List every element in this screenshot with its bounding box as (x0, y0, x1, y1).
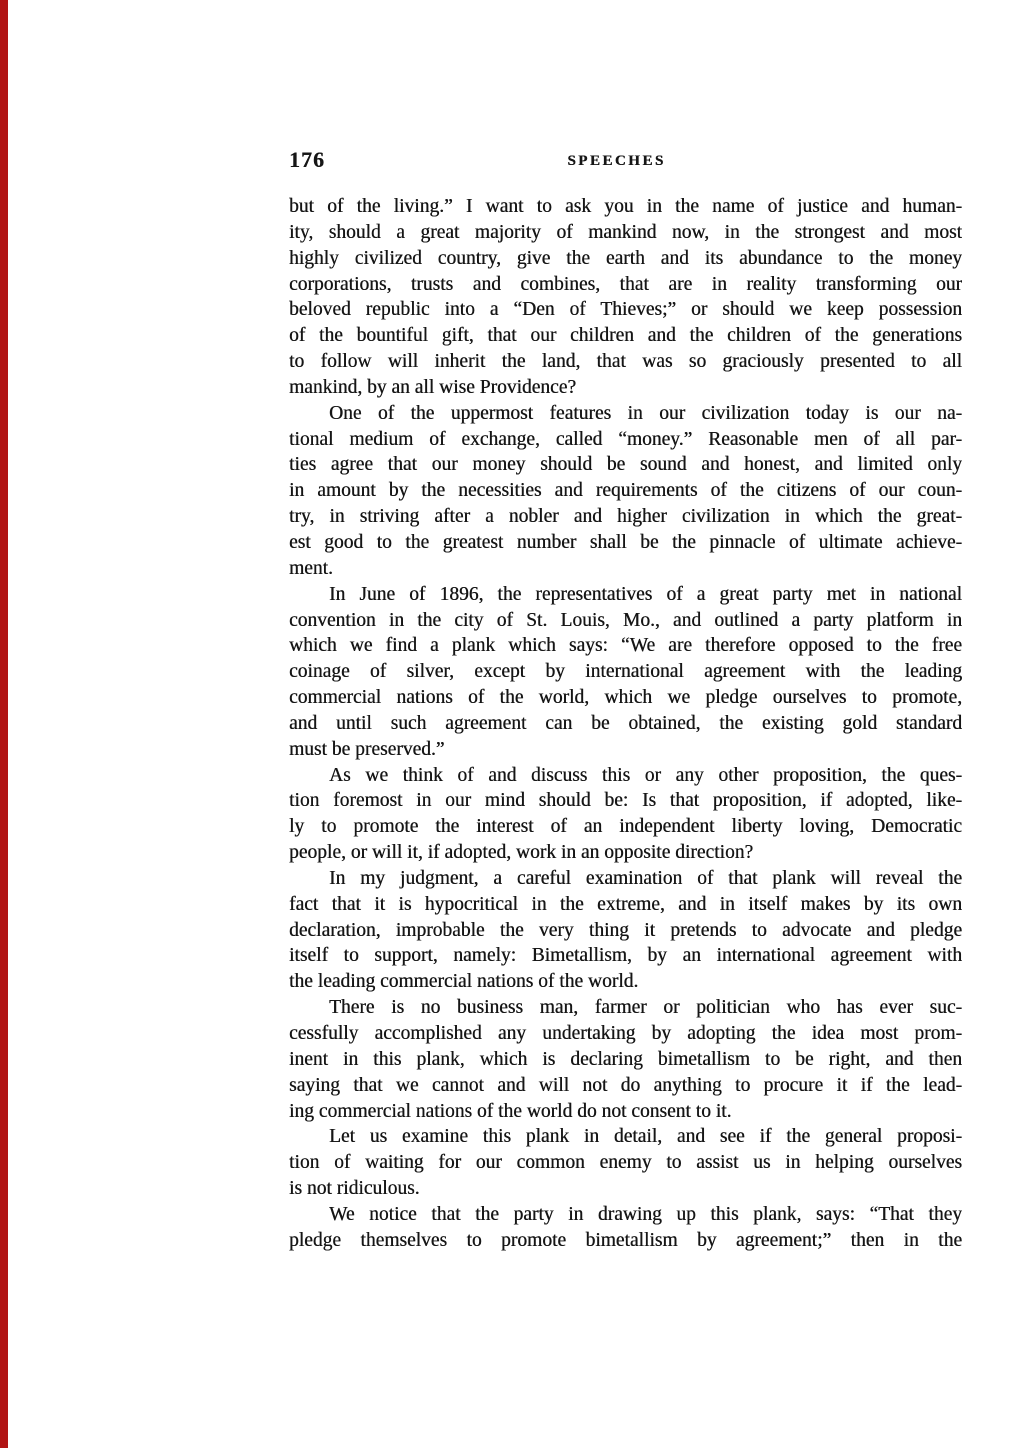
text-line: commercial nations of the world, which w… (289, 685, 962, 711)
text-line: itself to support, namely: Bimetallism, … (289, 943, 962, 969)
paragraph: Let us examine this plank in detail, and… (289, 1124, 962, 1202)
text-line: saying that we cannot and will not do an… (289, 1073, 962, 1099)
text-line: ing commercial nations of the world do n… (289, 1099, 962, 1125)
paragraph: but of the living.” I want to ask you in… (289, 194, 962, 401)
scanned-book-page: 176 SPEECHES but of the living.” I want … (0, 0, 1012, 1448)
text-line: mankind, by an all wise Providence? (289, 375, 962, 401)
page-body-text: but of the living.” I want to ask you in… (289, 194, 962, 1254)
paragraph: As we think of and discuss this or any o… (289, 763, 962, 866)
paragraph: In my judgment, a careful examination of… (289, 866, 962, 995)
text-line: inent in this plank, which is declaring … (289, 1047, 962, 1073)
text-line: people, or will it, if adopted, work in … (289, 840, 962, 866)
text-line: Let us examine this plank in detail, and… (289, 1124, 962, 1150)
text-line: tion foremost in our mind should be: Is … (289, 788, 962, 814)
text-line: declaration, improbable the very thing i… (289, 918, 962, 944)
text-line: cessfully accomplished any undertaking b… (289, 1021, 962, 1047)
text-line: must be preserved.” (289, 737, 962, 763)
text-line: beloved republic into a “Den of Thieves;… (289, 297, 962, 323)
text-line: There is no business man, farmer or poli… (289, 995, 962, 1021)
text-line: tion of waiting for our common enemy to … (289, 1150, 962, 1176)
text-line: coinage of silver, except by internation… (289, 659, 962, 685)
text-line: try, in striving after a nobler and high… (289, 504, 962, 530)
text-line: the leading commercial nations of the wo… (289, 969, 962, 995)
text-line: We notice that the party in drawing up t… (289, 1202, 962, 1228)
text-line: ties agree that our money should be soun… (289, 452, 962, 478)
paragraph: There is no business man, farmer or poli… (289, 995, 962, 1124)
text-line: is not ridiculous. (289, 1176, 962, 1202)
paragraph: In June of 1896, the representatives of … (289, 582, 962, 763)
text-line: In June of 1896, the representatives of … (289, 582, 962, 608)
text-line: One of the uppermost features in our civ… (289, 401, 962, 427)
text-line: ity, should a great majority of mankind … (289, 220, 962, 246)
text-line: convention in the city of St. Louis, Mo.… (289, 608, 962, 634)
text-line: of the bountiful gift, that our children… (289, 323, 962, 349)
text-line: As we think of and discuss this or any o… (289, 763, 962, 789)
text-line: highly civilized country, give the earth… (289, 246, 962, 272)
text-line: tional medium of exchange, called “money… (289, 427, 962, 453)
text-line: ly to promote the interest of an indepen… (289, 814, 962, 840)
text-line: In my judgment, a careful examination of… (289, 866, 962, 892)
running-head-title: SPEECHES (289, 153, 944, 170)
text-line: corporations, trusts and combines, that … (289, 272, 962, 298)
text-line: ment. (289, 556, 962, 582)
text-line: which we find a plank which says: “We ar… (289, 633, 962, 659)
text-line: est good to the greatest number shall be… (289, 530, 962, 556)
paragraph: One of the uppermost features in our civ… (289, 401, 962, 582)
text-line: to follow will inherit the land, that wa… (289, 349, 962, 375)
text-line: and until such agreement can be obtained… (289, 711, 962, 737)
text-line: pledge themselves to promote bimetallism… (289, 1228, 962, 1254)
paragraph: We notice that the party in drawing up t… (289, 1202, 962, 1254)
text-line: in amount by the necessities and require… (289, 478, 962, 504)
text-line: fact that it is hypocritical in the extr… (289, 892, 962, 918)
page-left-red-edge-strip (0, 0, 8, 1448)
text-line: but of the living.” I want to ask you in… (289, 194, 962, 220)
